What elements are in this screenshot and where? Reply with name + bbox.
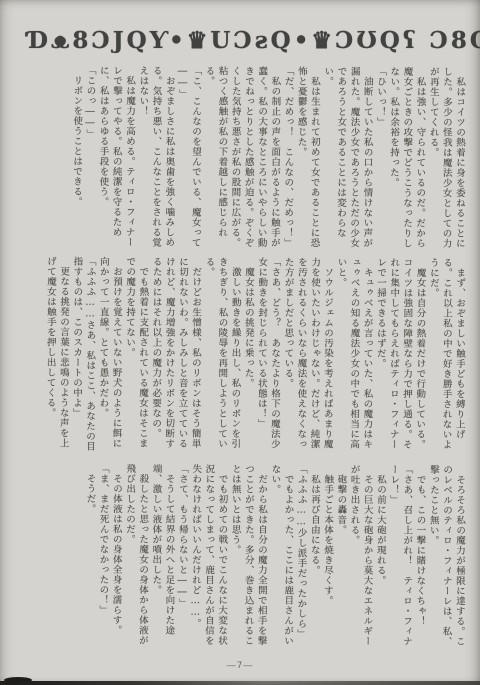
paragraph: 私は強い、守られているのだ。だから魔女ごときの攻撃でどうこうなったりしない。私は…	[386, 66, 426, 252]
paragraph: 私の制止の声を面白がるように触手が蠢く。私の大事なところにいやらしい動きでねっと…	[202, 66, 282, 252]
paragraph: 魔女は私の挑発に乗った。	[241, 257, 255, 457]
page-number: ―7―	[0, 661, 480, 671]
paragraph: 「このっ――」	[83, 65, 97, 251]
paragraph: でも、この一撃に賭けなくちゃ！	[413, 465, 427, 649]
paragraph: お預けを覚えていない野犬のように餌に向かって一直線。とても愚かだわ。	[96, 256, 123, 456]
paragraph: 「さあ、召し上がれ！ ティロ・フィナーレ！」	[386, 464, 413, 648]
paragraph: 私の前に大砲が現れる。	[373, 464, 387, 648]
paragraph: でも熱着に支配されている魔女はそこまでの魔力を持てない。	[122, 257, 149, 457]
paragraph: 私は生まれて初めて女であることに恐怖と憂鬱を感じた。	[294, 66, 321, 252]
paragraph: 「だ、だめっ！ こんなの、だめっ！」	[281, 66, 295, 252]
scan-edge	[0, 681, 480, 685]
paragraph: 「ひいっ！」	[373, 66, 387, 252]
paragraph: おぞましさに私は奥歯を強く噛みしめる。気持ち悪い、こんなことをされる覚えはない！	[136, 66, 176, 252]
paragraph: 私は魔力を高める。ティロ・フィナーレで撃ってやる。私の純潔を守るために、私はあら…	[96, 65, 136, 251]
paragraph: そうだ。	[83, 463, 97, 647]
paragraph: 「こ、こんなのを望んでいる、魔女って――」	[175, 66, 202, 252]
paragraph: だから私は自分の魔力全開で相手を撃つことができた。多分、巻き込まれることは無いと…	[228, 464, 268, 648]
paragraph: 激しい動きを繰り出し、私のリボンを引きちぎり、私の陵辱を再開しようとしている。	[202, 257, 242, 457]
paragraph: 「ま、まだ死んでなかったの！」	[96, 463, 110, 647]
paragraph: 魔女は自分の熱着だけで行動している。コイツは強固な障壁なら力で押し通る。それに集…	[373, 257, 427, 457]
paragraph: リボンを使うことはできる。	[70, 65, 84, 251]
paragraph: 「ふふふ……少し派手だったかしら」	[294, 464, 308, 648]
page-title-ornamental: Ɗᴥ8ƆJQƳ•♛UƆƨQ•♛ƆƱQʕ Ɔ8Q8Q	[28, 24, 452, 58]
paragraph: キュゥべえが言っていた、私の魔力はキュゥべえの知る魔法少女の中でも相当に高いと。	[334, 257, 374, 457]
paragraph: 砲撃の轟音。	[334, 464, 348, 648]
paragraph: だけどお生憎様、私のリボンはそう簡単に切れないわ。みしみしと音を立てているけれど…	[149, 257, 203, 457]
paragraph: ソウルジェムの汚染を考えればあまり魔力を使いたいわけじゃない。だけど、純潔を汚さ…	[281, 257, 335, 457]
paragraph: 「さて、もう帰らないと――」	[175, 464, 189, 648]
paragraph: 私はコイツの熱着に身を委ねることにした。多少の怪我は魔法少女としての力が再生して…	[426, 67, 466, 253]
paragraph: 触手ごと本体を焼き尽くす。	[320, 464, 334, 648]
paragraph: 殺したと思った魔女の身体から体液が飛び出したのだ。	[122, 464, 149, 648]
paragraph: そうして結界の外へと足を向けた途端、激しい液体が噴出した。	[149, 464, 176, 648]
scanned-page: Ɗᴥ8ƆJQƳ•♛UƆƨQ•♛ƆƱQʕ Ɔ8Q8Q 私はコイツの熱着に身を委ねる…	[0, 0, 480, 685]
paragraph: 更なる挑発の言葉に悲鳴のような声を上げて魔女は触手を押し出してくる。	[43, 256, 70, 456]
paragraph: 油断していた私の口から情けない声が漏れた。魔法少女であろうとただの少女であろうと…	[320, 66, 373, 252]
paragraph: でもよかった、ここには鹿目さんがいない。	[268, 464, 295, 648]
paragraph: その巨大な砲身から莫大なエネルギーが吐き出される。	[347, 464, 374, 648]
paragraph: 「さあ、どう？ あなたより格下の魔法少女に動きを封じられている状態は！」	[254, 257, 281, 457]
paragraph: まず、おぞましい触手どもを縛り上げる。これ以上私の中で好き勝手されないようにだ。	[426, 258, 466, 458]
paragraph: でも初めての戦いでこんなに大変な状況になってしまって、鹿目さんが自信を失わなけれ…	[188, 464, 228, 648]
text-band-top: 私はコイツの熱着に身を委ねることにした。多少の怪我は魔法少女としての力が再生して…	[30, 65, 467, 253]
paragraph: その体液は私の身体全身を濡らす。	[109, 464, 123, 648]
text-band-bottom: そろそろ私の魔力が極限に達する。このレベルのティロ・フィナーレは、私、撃ったこと…	[30, 463, 467, 649]
paragraph: そろそろ私の魔力が極限に達する。このレベルのティロ・フィナーレは、私、撃ったこと…	[426, 465, 466, 649]
paragraph: 「ふふふ……さあ、私はここ、あなたの目指すものは、このスカートの中よ」	[70, 256, 97, 456]
text-band-middle: まず、おぞましい触手どもを縛り上げる。これ以上私の中で好き勝手されないようにだ。…	[30, 256, 467, 458]
paragraph: 私は再び自由になる。	[307, 464, 321, 648]
